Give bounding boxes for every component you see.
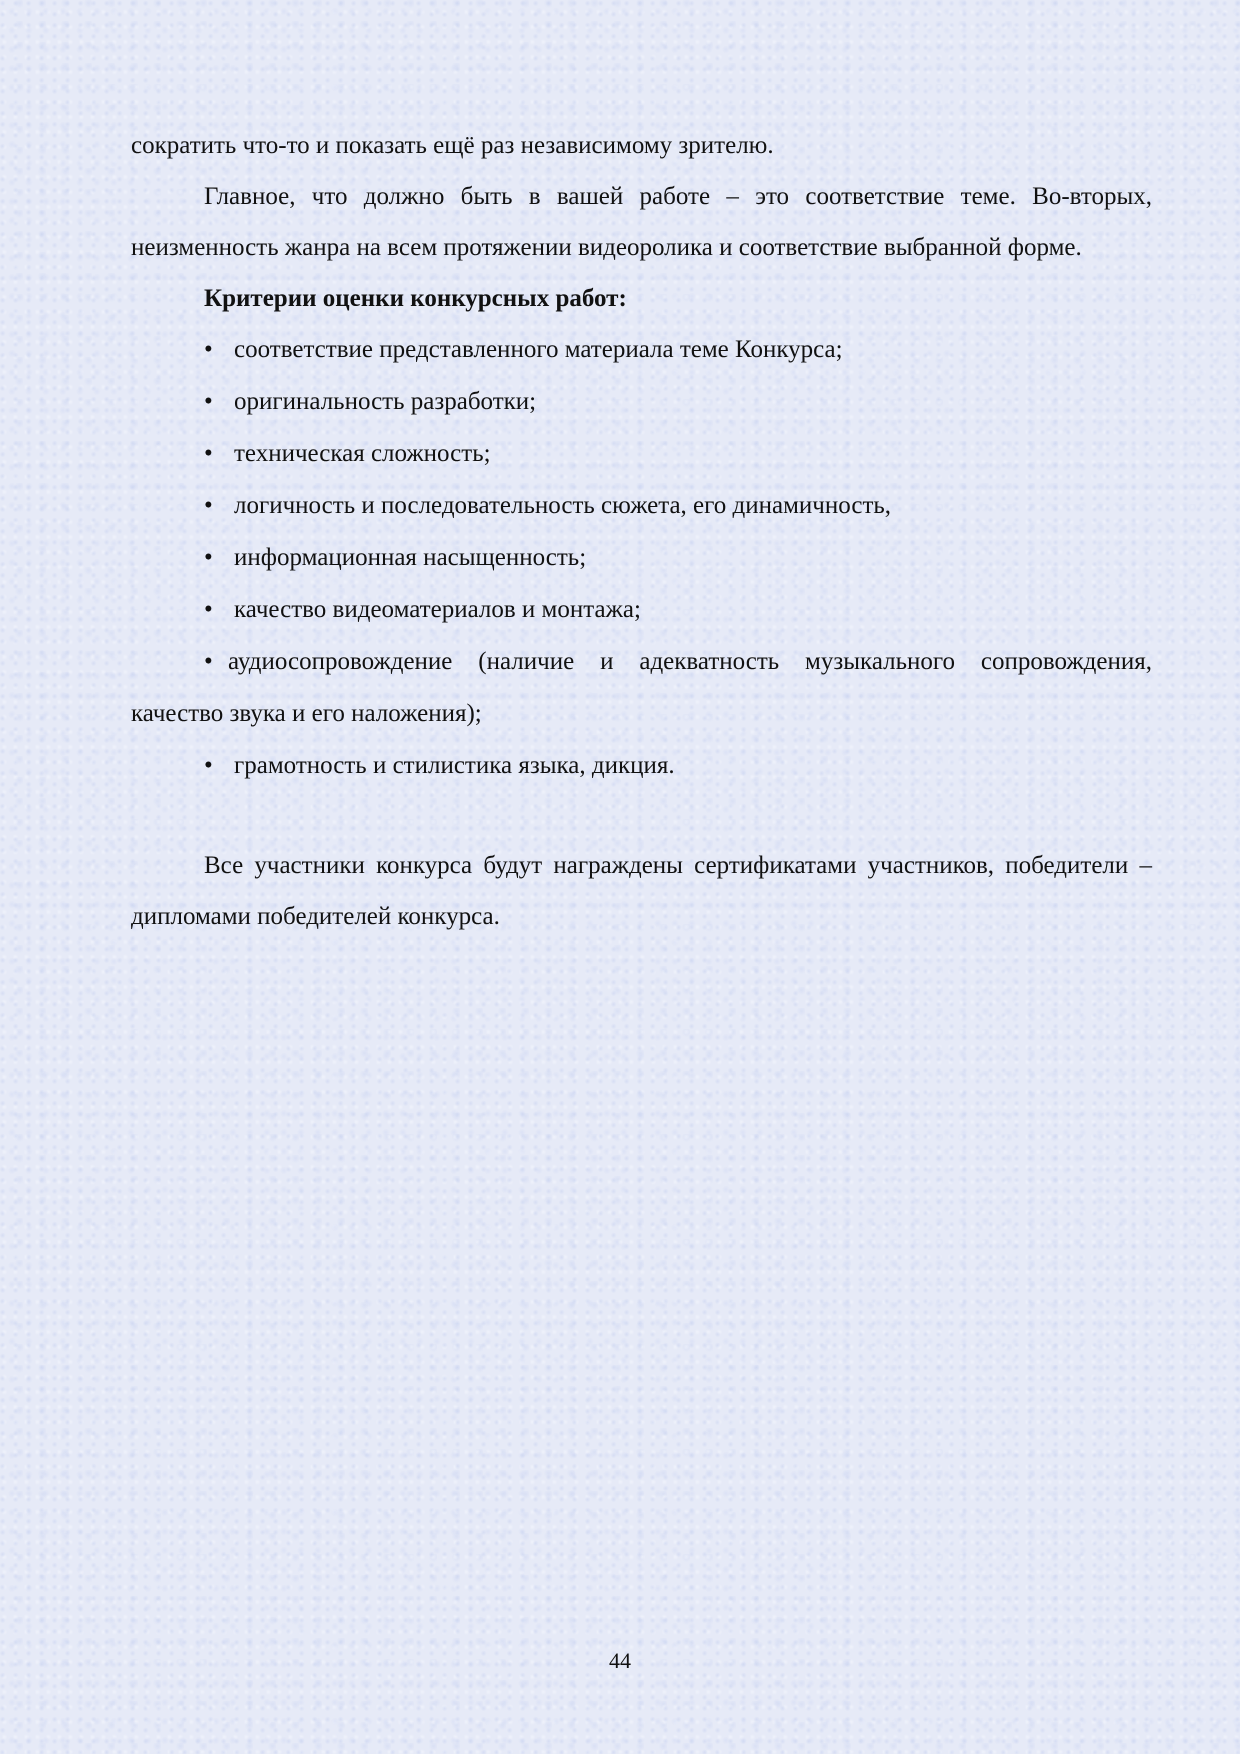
bullet-icon: • [204, 636, 228, 688]
bullet-icon: • [204, 584, 234, 636]
bullet-icon: • [204, 532, 234, 584]
bullet-icon: • [204, 740, 234, 792]
criteria-heading: Критерии оценки конкурсных работ: [131, 273, 1152, 324]
bullet-icon: • [204, 480, 234, 532]
document-page: сократить что-то и показать ещё раз неза… [131, 120, 1152, 942]
spacer [131, 792, 1152, 840]
list-item: •оригинальность разработки; [131, 376, 1152, 428]
paragraph-continuation: сократить что-то и показать ещё раз неза… [131, 120, 1152, 171]
list-item: •соответствие представленного материала … [131, 324, 1152, 376]
bullet-icon: • [204, 428, 234, 480]
bullet-icon: • [204, 324, 234, 376]
list-item: •логичность и последовательность сюжета,… [131, 480, 1152, 532]
list-item: •аудиосопровождение (наличие и адекватно… [131, 636, 1152, 740]
list-item: •техническая сложность; [131, 428, 1152, 480]
bullet-icon: • [204, 376, 234, 428]
criteria-list: •соответствие представленного материала … [131, 324, 1152, 792]
list-item: •информационная насыщенность; [131, 532, 1152, 584]
paragraph-awards: Все участники конкурса будут награждены … [131, 840, 1152, 942]
list-item: •грамотность и стилистика языка, дикция. [131, 740, 1152, 792]
paragraph-main-requirements: Главное, что должно быть в вашей работе … [131, 171, 1152, 273]
page-number: 44 [0, 1648, 1240, 1674]
list-item: •качество видеоматериалов и монтажа; [131, 584, 1152, 636]
